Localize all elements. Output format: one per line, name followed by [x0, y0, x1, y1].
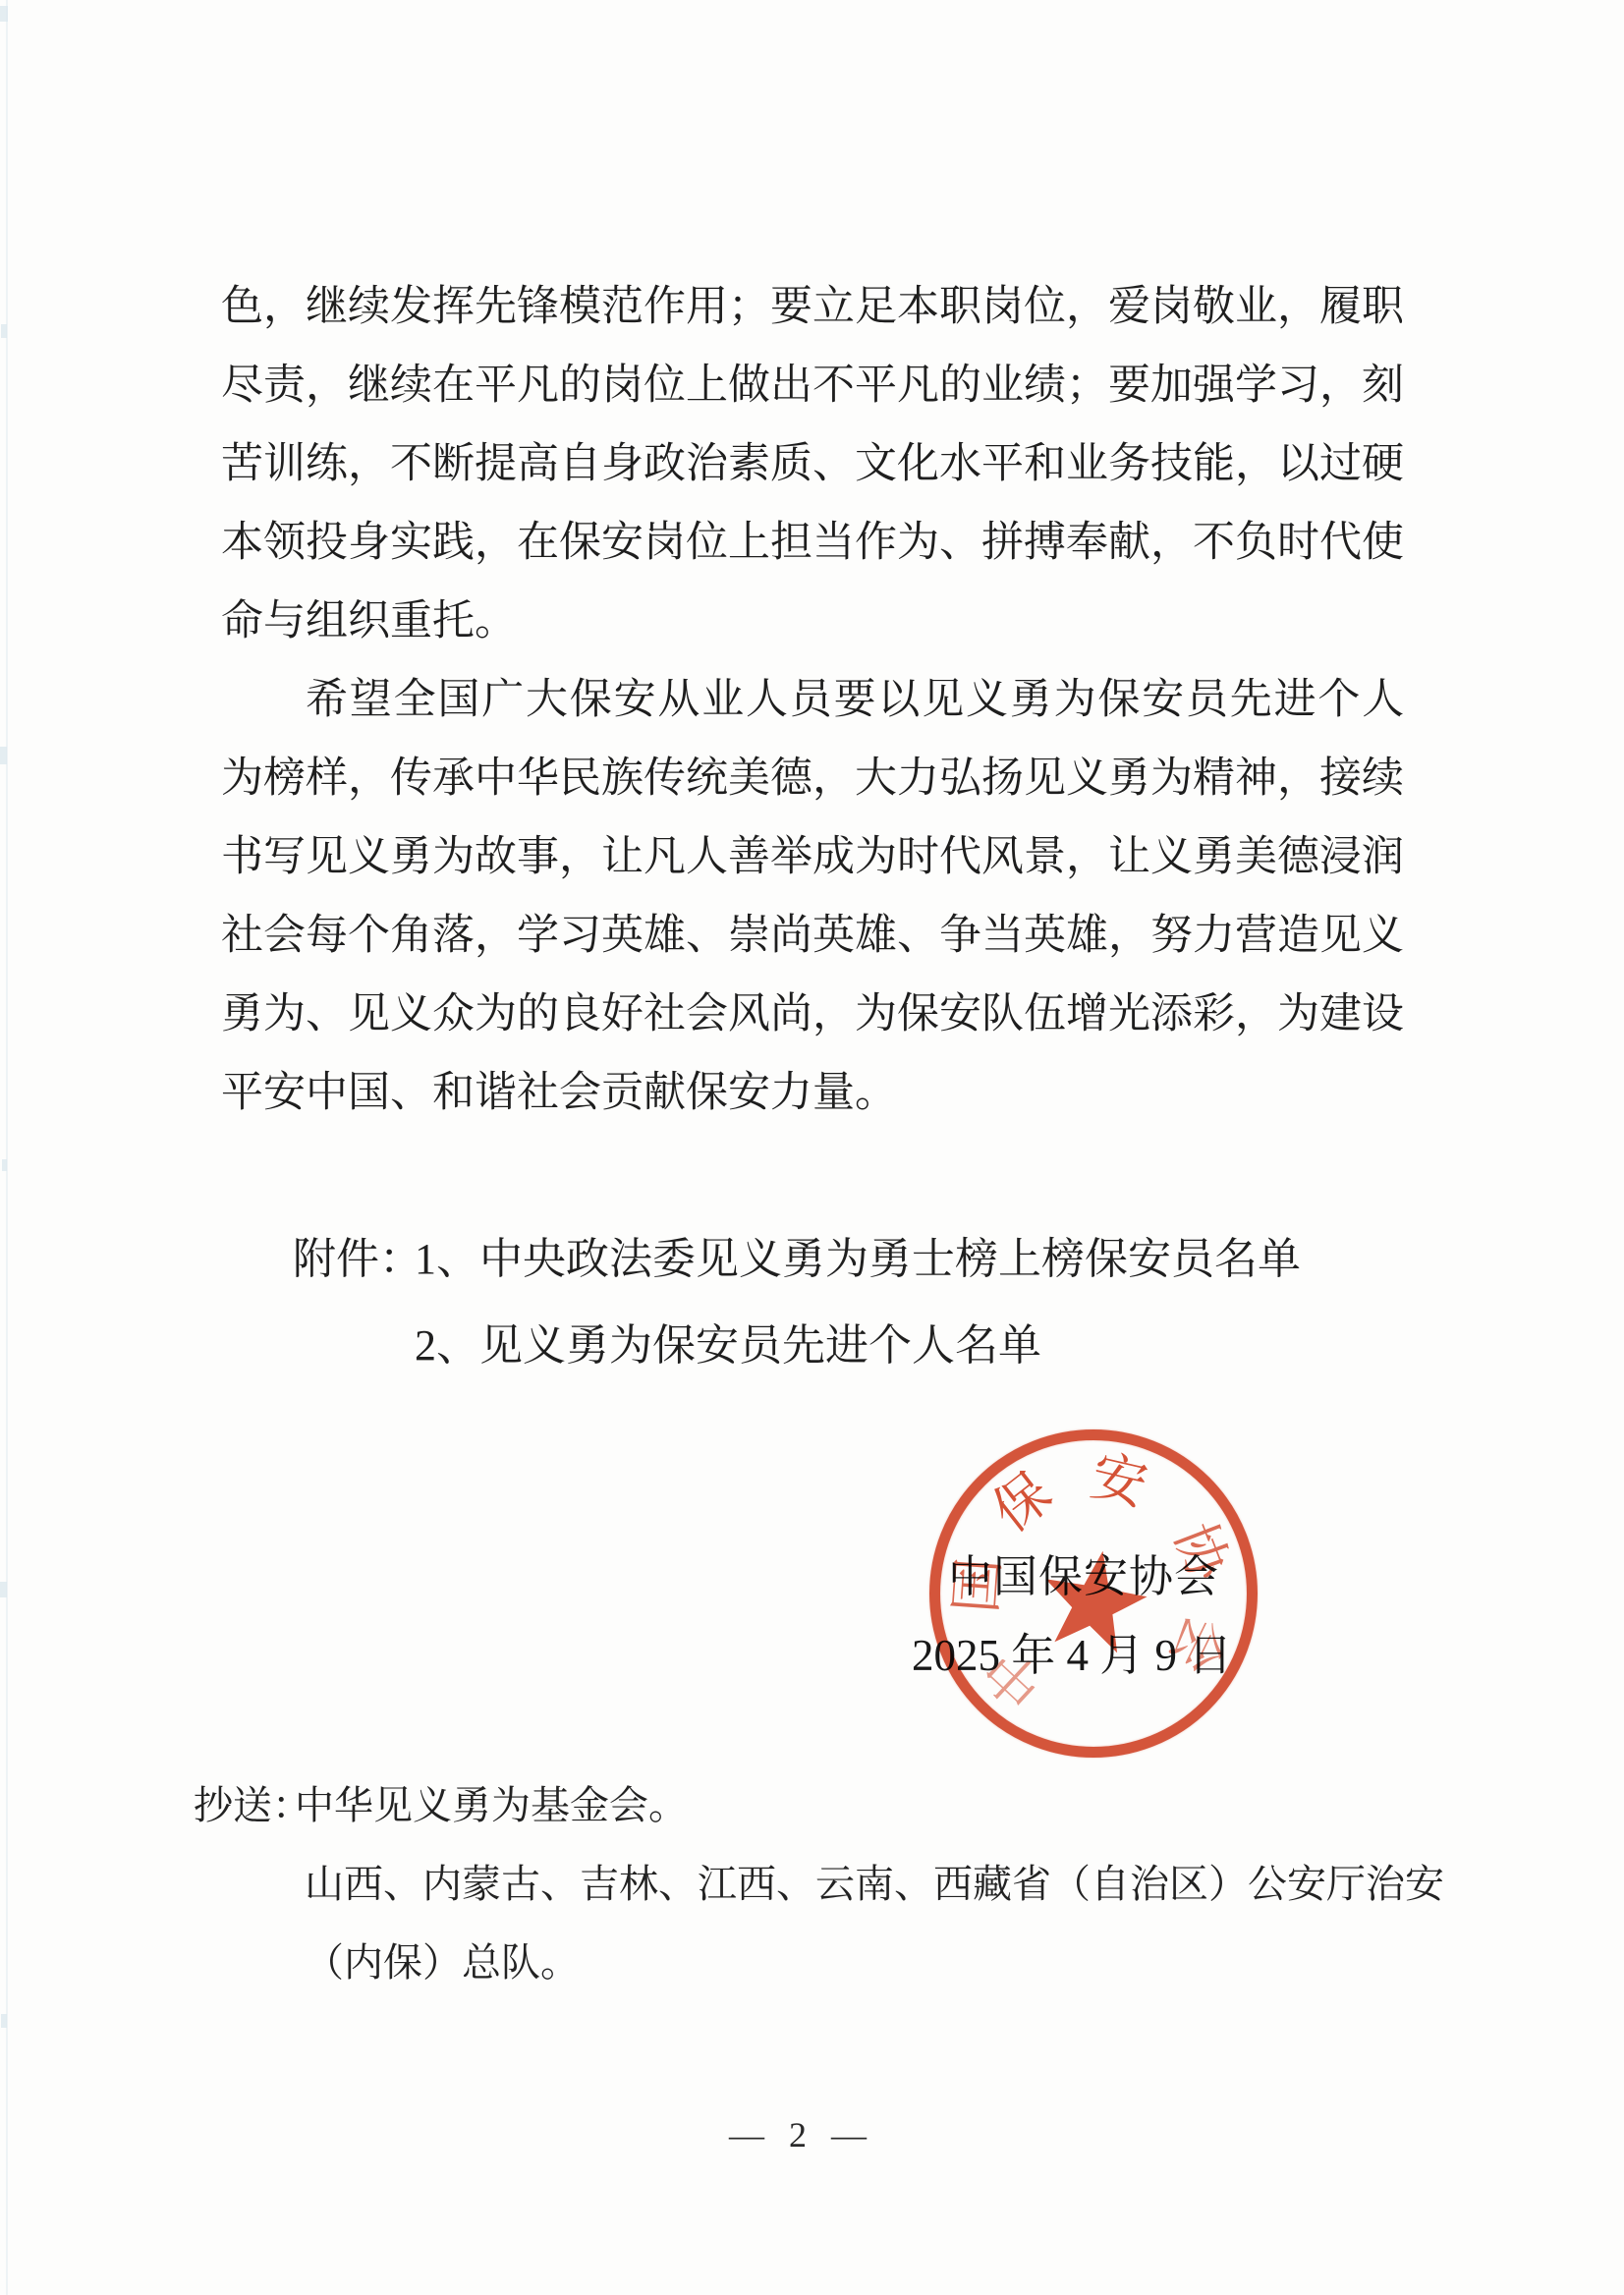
seal-char: 国 — [949, 1556, 1008, 1615]
body-line: 勇为、见义众为的良好社会风尚，为保安队伍增光添彩，为建设 — [221, 990, 1406, 1039]
body-line-paragraph-start: 希望全国广大保安从业人员要以见义勇为保安员先进个人 — [221, 676, 1406, 725]
scan-edge-line — [6, 0, 8, 2295]
body-line: 书写见义勇为故事，让凡人善举成为时代风景，让义勇美德浸润 — [221, 833, 1406, 882]
document-page: 色，继续发挥先锋模范作用；要立足本职岗位，爱岗敬业，履职 尽责，继续在平凡的岗位… — [0, 0, 1624, 2295]
scan-speck — [0, 6, 8, 22]
body-line: 苦训练，不断提高自身政治素质、文化水平和业务技能，以过硬 — [221, 440, 1406, 489]
body-line: 尽责，继续在平凡的岗位上做出不平凡的业绩；要加强学习，刻 — [221, 362, 1406, 411]
body-line: 命与组织重托。 — [221, 597, 1406, 646]
attachment-item-1: 1、中央政法委见义勇为勇士榜上榜保安员名单 — [415, 1223, 1301, 1286]
official-seal: 中 国 保 安 协 会 — [929, 1429, 1258, 1758]
scan-speck — [0, 1582, 7, 1597]
body-line: 色，继续发挥先锋模范作用；要立足本职岗位，爱岗敬业，履职 — [221, 283, 1406, 332]
cc-label: 抄送： — [194, 1774, 311, 1830]
body-line: 为榜样，传承中华民族传统美德，大力弘扬见义勇为精神，接续 — [221, 755, 1406, 804]
cc-line-3: （内保）总队。 — [305, 1931, 580, 1987]
body-line: 本领投身实践，在保安岗位上担当作为、拼搏奉献，不负时代使 — [221, 519, 1406, 568]
cc-line-2: 山西、内蒙古、吉林、江西、云南、西藏省（自治区）公安厅治安 — [305, 1853, 1444, 1909]
page-number: — 2 — — [729, 2114, 857, 2155]
body-line: 社会每个角落，学习英雄、崇尚英雄、争当英雄，努力营造见义 — [221, 912, 1406, 961]
attachment-item-2: 2、见义勇为保安员先进个人名单 — [415, 1310, 1041, 1372]
attachments-label: 附件： — [293, 1223, 422, 1286]
scan-speck — [1, 324, 7, 338]
body-line: 平安中国、和谐社会贡献保安力量。 — [221, 1069, 1406, 1118]
scan-speck — [0, 747, 7, 764]
scan-speck — [2, 1159, 7, 1171]
scan-speck — [1, 2014, 7, 2028]
cc-line-1: 中华见义勇为基金会。 — [295, 1774, 688, 1830]
